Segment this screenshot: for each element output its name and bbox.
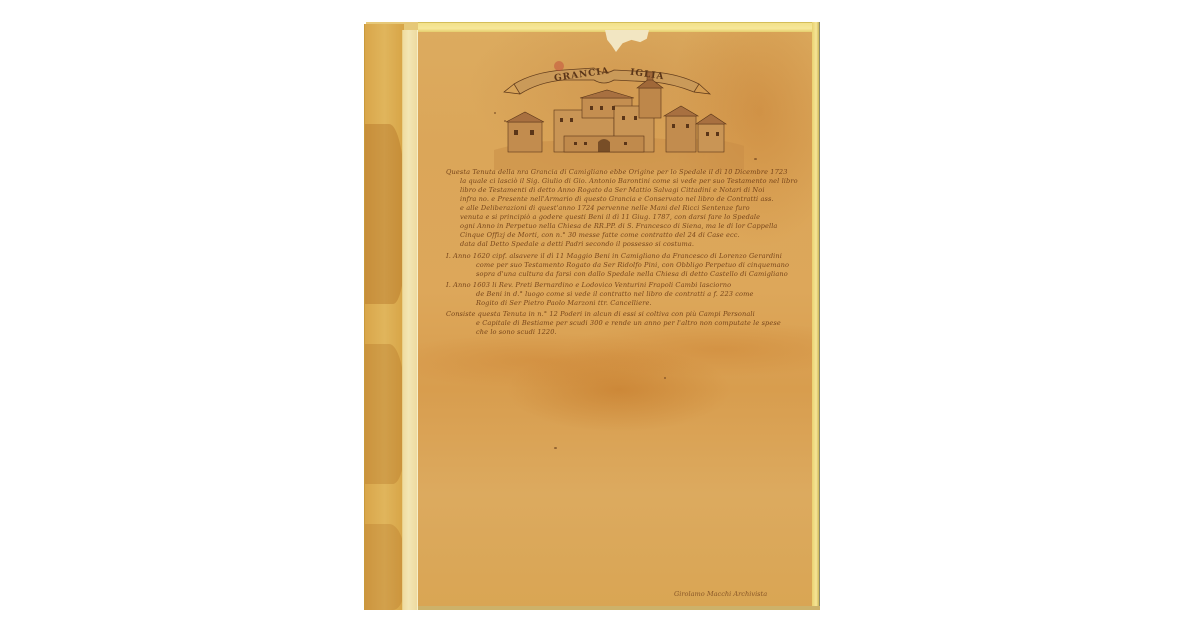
document-scan: GRANCIA IGLIA Questa Tenuta della nra Gr… [364, 22, 820, 610]
water-stain [365, 124, 405, 304]
text-line: Rogito di Ser Pietro Paolo Marzoni ttr. … [476, 299, 652, 307]
text-line: infra no. e Presente nell'Armario di que… [460, 195, 774, 203]
text-line: ogni Anno in Perpetuo nella Chiesa de RR… [460, 222, 777, 230]
foxing-spot [504, 120, 506, 122]
text-line: Cinque Offizj de Morti, con n.° 30 messe… [460, 231, 740, 239]
text-line: data dal Detto Spedale a detti Padri sec… [460, 240, 694, 248]
foxing-spot [664, 377, 666, 379]
foxing-spot [754, 158, 757, 160]
grancia-illustration [494, 50, 744, 170]
text-line: libro de Testamenti di detto Anno Rogato… [460, 186, 765, 194]
text-line: I. Anno 1620 cipf. alsavere il dì 11 Mag… [446, 252, 782, 260]
cover-flap-left [364, 24, 404, 610]
text-line: la quale ci lasciò il Sig. Giulio di Gio… [460, 177, 798, 185]
archivist-signature: Girolamo Macchi Archivista [674, 590, 767, 598]
water-stain [365, 524, 405, 610]
text-line: che lo sono scudi 1220. [476, 328, 557, 336]
foxing-spot [554, 447, 557, 449]
text-line: come per suo Testamento Rogato da Ser Ri… [476, 261, 789, 269]
foxing-spot [494, 112, 496, 114]
mat-border-bottom [418, 606, 820, 610]
text-line: Questa Tenuta della nra Grancia di Camig… [446, 168, 788, 176]
text-line: sopra d'una cultura da farsi con dallo S… [476, 270, 788, 278]
text-line: de Beni in d.° luogo come si vede il con… [476, 290, 753, 298]
text-line: e Capitale di Bestiame per scudi 300 e r… [476, 319, 781, 327]
text-line: Consiste questa Tenuta in n.° 12 Poderi … [446, 310, 755, 318]
text-line: venuta e si principiò a godere questi Be… [460, 213, 760, 221]
text-line: e alle Deliberazioni di quest'anno 1724 … [460, 204, 750, 212]
text-line: I. Anno 1603 li Rev. Preti Bernardino e … [446, 281, 731, 289]
binding-hinge-strip [402, 30, 418, 610]
water-stain [365, 344, 405, 484]
mat-border-right [812, 22, 820, 610]
